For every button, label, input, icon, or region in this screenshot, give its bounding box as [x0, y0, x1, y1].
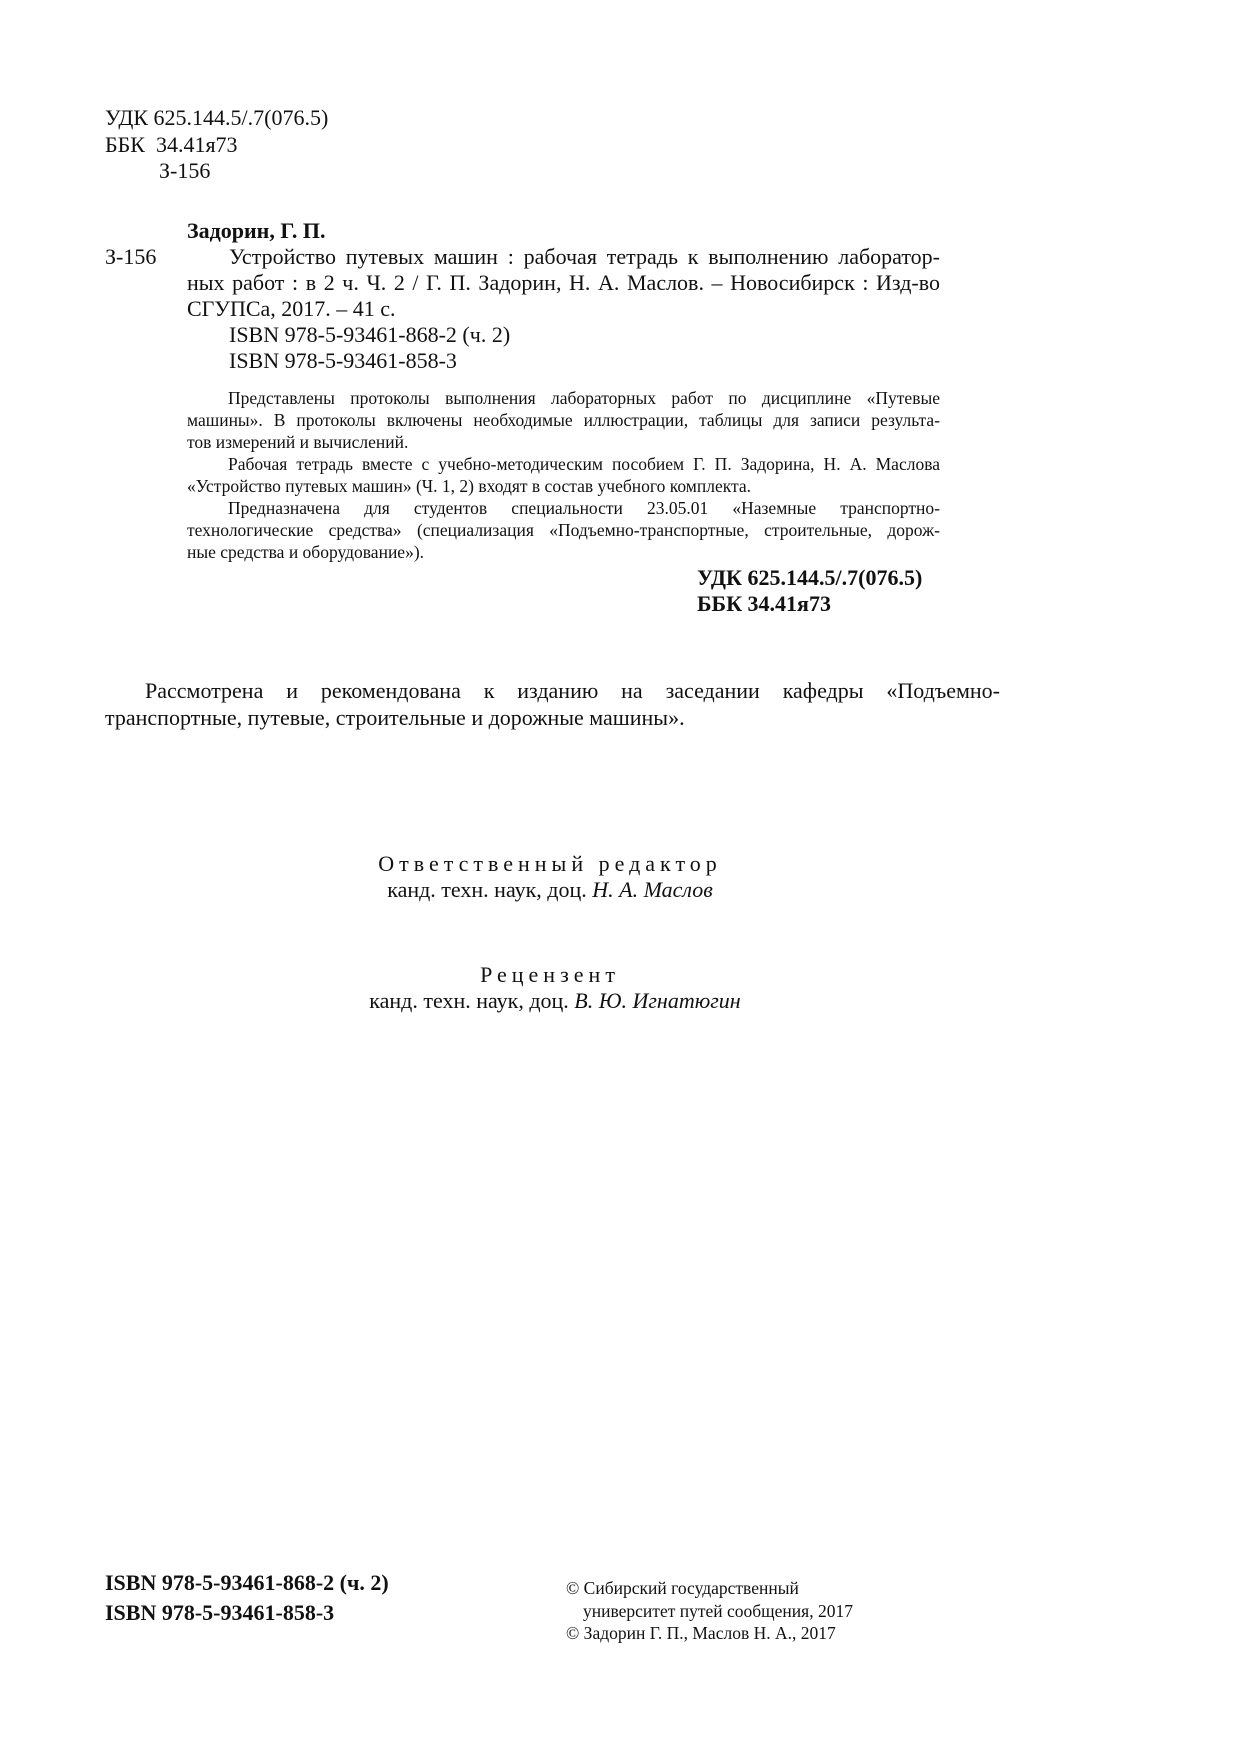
- approval-line-2: транспортные, путевые, строительные и до…: [105, 704, 685, 731]
- reviewer-name: В. Ю. Игнатюгин: [574, 988, 740, 1013]
- reviewer-line: канд. техн. наук, доц. В. Ю. Игнатюгин: [305, 987, 805, 1014]
- annotation-line-1: Представлены протоколы выполнения лабора…: [187, 387, 940, 410]
- copyright-3: © Задорин Г. П., Маслов Н. А., 2017: [566, 1622, 836, 1645]
- copyright-2: университет путей сообщения, 2017: [583, 1600, 853, 1623]
- annotation-line-2: машины». В протоколы включены необходимы…: [187, 409, 940, 432]
- footer-isbn-2: ISBN 978-5-93461-858-3: [105, 1599, 334, 1627]
- editor-heading: Ответственный редактор: [300, 850, 800, 877]
- udk-code: УДК 625.144.5/.7(076.5): [105, 104, 328, 131]
- udk-bold: УДК 625.144.5/.7(076.5): [697, 564, 922, 591]
- bib-isbn-1: ISBN 978-5-93461-868-2 (ч. 2): [229, 321, 510, 348]
- editor-name: Н. А. Маслов: [592, 877, 713, 902]
- bbk-bold: ББК 34.41я73: [697, 590, 831, 617]
- annotation-line-3: тов измерений и вычислений.: [187, 431, 408, 454]
- bib-mark: З-156: [105, 243, 156, 270]
- author-mark: З-156: [159, 157, 210, 184]
- approval-line-1: Рассмотрена и рекомендована к изданию на…: [105, 677, 1000, 704]
- editor-title: канд. техн. наук, доц.: [387, 877, 592, 902]
- bib-line-1: Устройство путевых машин : рабочая тетра…: [187, 243, 940, 270]
- annotation-line-7: технологические средства» (специализация…: [187, 519, 940, 542]
- editor-line: канд. техн. наук, доц. Н. А. Маслов: [300, 876, 800, 903]
- bbk-code: ББК 34.41я73: [105, 131, 238, 158]
- bib-line-2: ных работ : в 2 ч. Ч. 2 / Г. П. Задорин,…: [187, 269, 940, 296]
- bib-line-3: СГУПСа, 2017. – 41 с.: [187, 295, 396, 322]
- copyright-1: © Сибирский государственный: [566, 1577, 799, 1600]
- annotation-line-6: Предназначена для студентов специальност…: [187, 497, 940, 520]
- reviewer-heading: Рецензент: [300, 961, 800, 988]
- annotation-line-5: «Устройство путевых машин» (Ч. 1, 2) вхо…: [187, 475, 751, 498]
- footer-isbn-1: ISBN 978-5-93461-868-2 (ч. 2): [105, 1569, 389, 1597]
- bib-author: Задорин, Г. П.: [187, 217, 325, 244]
- annotation-line-8: ные средства и оборудование»).: [187, 541, 424, 564]
- reviewer-title: канд. техн. наук, доц.: [369, 988, 574, 1013]
- bib-isbn-2: ISBN 978-5-93461-858-3: [229, 347, 457, 374]
- annotation-line-4: Рабочая тетрадь вместе с учебно-методиче…: [187, 453, 940, 476]
